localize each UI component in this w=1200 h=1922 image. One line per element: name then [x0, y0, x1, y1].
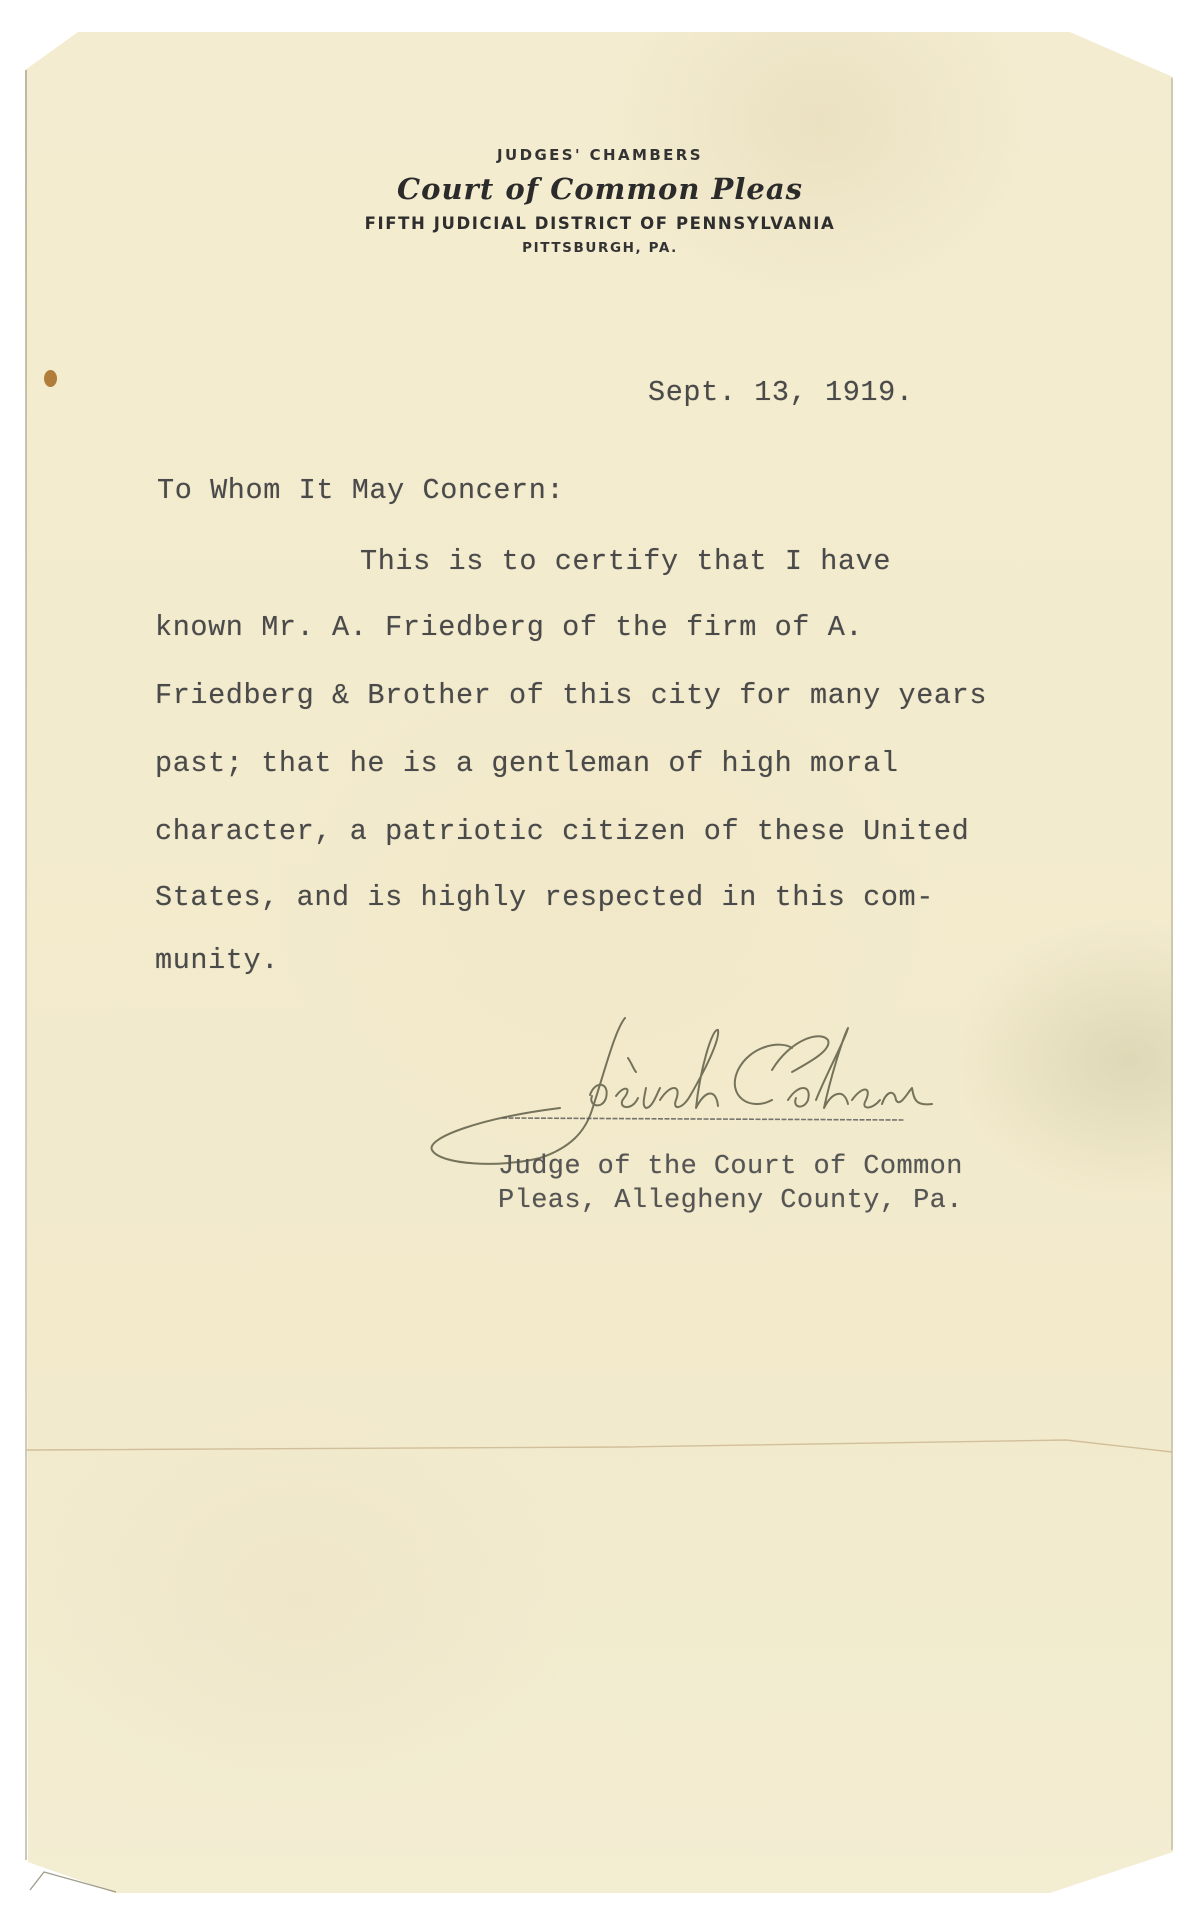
paper-right-edge — [1171, 78, 1173, 1850]
letter-salutation: To Whom It May Concern: — [157, 474, 564, 507]
letterhead-city: PITTSBURGH, PA. — [0, 240, 1200, 256]
folded-corner — [28, 1840, 128, 1896]
signer-title-line-1: Judge of the Court of Common — [498, 1152, 963, 1182]
body-line: character, a patriotic citizen of these … — [155, 815, 969, 848]
paper-left-edge — [25, 70, 27, 1860]
fold-crease — [26, 1439, 1172, 1453]
body-line: known Mr. A. Friedberg of the firm of A. — [155, 611, 863, 644]
body-line: Friedberg & Brother of this city for man… — [155, 679, 987, 712]
letterhead-chambers: JUDGES' CHAMBERS — [0, 146, 1200, 164]
signer-title-line-2: Pleas, Allegheny County, Pa. — [498, 1186, 963, 1216]
body-line: This is to certify that I have — [360, 545, 891, 578]
letter-date: Sept. 13, 1919. — [648, 376, 914, 409]
body-line: past; that he is a gentleman of high mor… — [155, 747, 899, 780]
letterhead-district: FIFTH JUDICIAL DISTRICT OF PENNSYLVANIA — [0, 214, 1200, 233]
ink-stain — [44, 370, 57, 387]
body-line: States, and is highly respected in this … — [155, 881, 934, 914]
handwritten-signature — [420, 1000, 1020, 1170]
body-line: munity. — [155, 944, 279, 977]
letterhead-court-name: Court of Common Pleas — [0, 172, 1200, 206]
